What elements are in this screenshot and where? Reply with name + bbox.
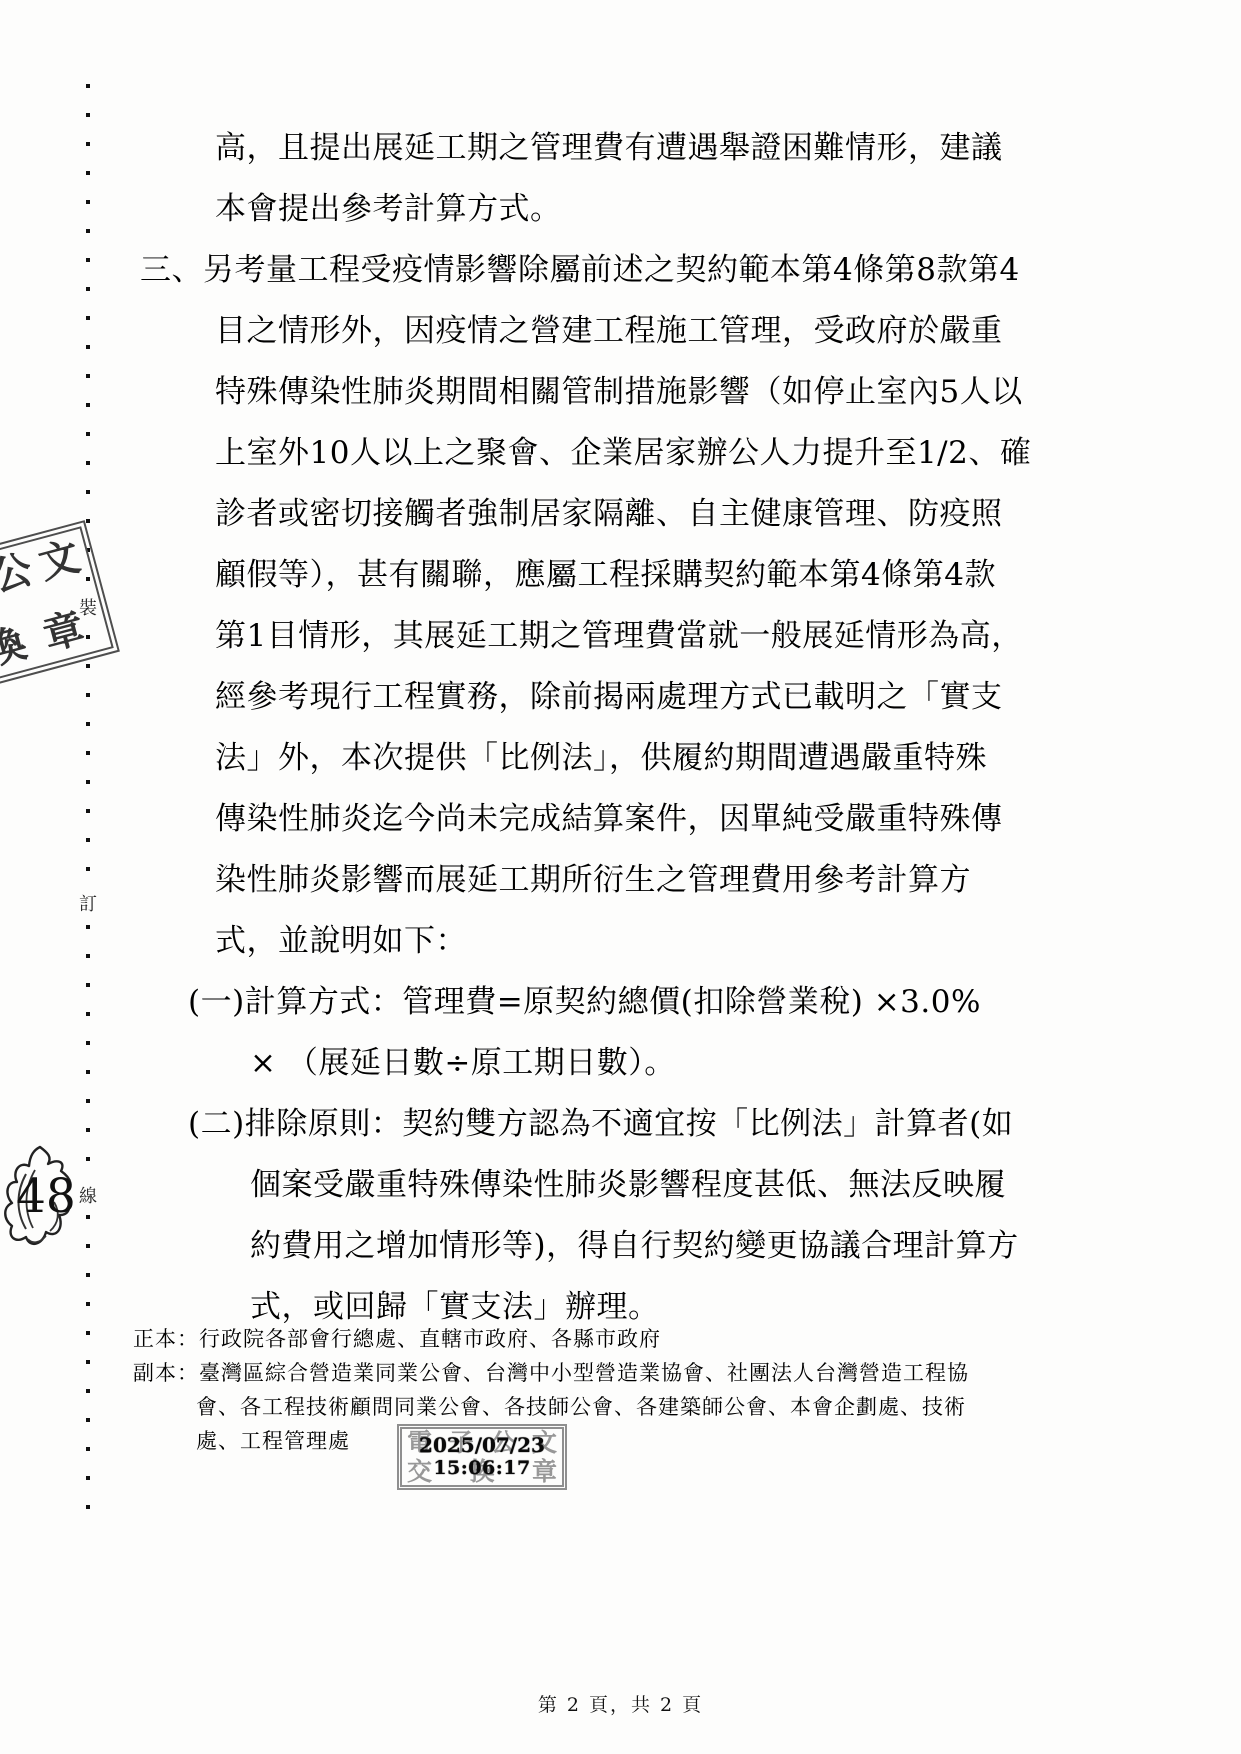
body-line: 染性肺炎影響而展延工期所衍生之管理費用參考計算方	[215, 850, 1201, 911]
body-line: 本會提出參考計算方式。	[215, 179, 1201, 240]
body-line: 傳染性肺炎迄今尚未完成結算案件，因單純受嚴重特殊傳	[215, 789, 1201, 850]
body-line: 上室外10人以上之聚會、企業居家辦公人力提升至1/2、確	[215, 423, 1201, 484]
body-line: 特殊傳染性肺炎期間相關管制措施影響（如停止室內5人以	[215, 362, 1201, 423]
official-document-page: 裝 訂 線 電子公文 交換章 48 高，且提出展延工期之管理費有遭遇舉證困難情形…	[0, 0, 1241, 1754]
body-line: 顧假等），甚有關聯，應屬工程採購契約範本第4條第4款	[215, 545, 1201, 606]
body-line: 約費用之增加情形等)，得自行契約變更協議合理計算方	[250, 1216, 1201, 1277]
body-line: 診者或密切接觸者強制居家隔離、自主健康管理、防疫照	[215, 484, 1201, 545]
exchange-stamp: 電子公文 交換章 2025/07/23 15:06:17	[397, 1424, 567, 1490]
body-line-sub-2: (二)排除原則：契約雙方認為不適宜按「比例法」計算者(如	[188, 1094, 1201, 1155]
body-line: 高，且提出展延工期之管理費有遭遇舉證困難情形，建議	[215, 118, 1201, 179]
copy-value-1: 臺灣區綜合營造業同業公會、台灣中小型營造業協會、社團法人台灣營造工程協	[199, 1361, 969, 1385]
body-line: × （展延日數÷原工期日數）。	[250, 1033, 1201, 1094]
body-line: 目之情形外，因疫情之營建工程施工管理，受政府於嚴重	[215, 301, 1201, 362]
exchange-stamp-datetime: 2025/07/23 15:06:17	[402, 1434, 562, 1480]
body-line: 個案受嚴重特殊傳染性肺炎影響程度甚低、無法反映履	[250, 1155, 1201, 1216]
page-number-footer: 第 2 頁，共 2 頁	[0, 1690, 1241, 1717]
copy-recipients-line-2: 會、各工程技術顧問同業公會、各技師公會、各建築師公會、本會企劃處、技術	[196, 1390, 1181, 1424]
body-line: 法」外，本次提供「比例法」，供履約期間遭遇嚴重特殊	[215, 728, 1201, 789]
recipients-block: 正本：行政院各部會行總處、直轄市政府、各縣市政府 副本：臺灣區綜合營造業同業公會…	[133, 1322, 1181, 1458]
body-line: 經參考現行工程實務，除前揭兩處理方式已載明之「實支	[215, 667, 1201, 728]
copy-recipients-line-1: 副本：臺灣區綜合營造業同業公會、台灣中小型營造業協會、社團法人台灣營造工程協	[133, 1356, 1181, 1390]
body-line-item-3: 三、另考量工程受疫情影響除屬前述之契約範本第4條第8款第4	[140, 240, 1201, 301]
exchange-stamp-date: 2025/07/23	[402, 1434, 562, 1457]
exchange-stamp-time: 15:06:17	[402, 1457, 562, 1480]
copy-recipients-line-3: 處、工程管理處	[196, 1424, 1181, 1458]
original-value: 行政院各部會行總處、直轄市政府、各縣市政府	[199, 1327, 661, 1351]
copy-label: 副本：	[133, 1361, 199, 1385]
body-line-sub-1: (一)計算方式：管理費=原契約總價(扣除營業稅) ×3.0%	[188, 972, 1201, 1033]
original-recipients-line: 正本：行政院各部會行總處、直轄市政府、各縣市政府	[133, 1322, 1181, 1356]
document-body: 高，且提出展延工期之管理費有遭遇舉證困難情形，建議 本會提出參考計算方式。 三、…	[0, 118, 1201, 1338]
body-line: 式，並說明如下：	[215, 911, 1201, 972]
original-label: 正本：	[133, 1327, 199, 1351]
body-line: 第1目情形，其展延工期之管理費當就一般展延情形為高，	[215, 606, 1201, 667]
